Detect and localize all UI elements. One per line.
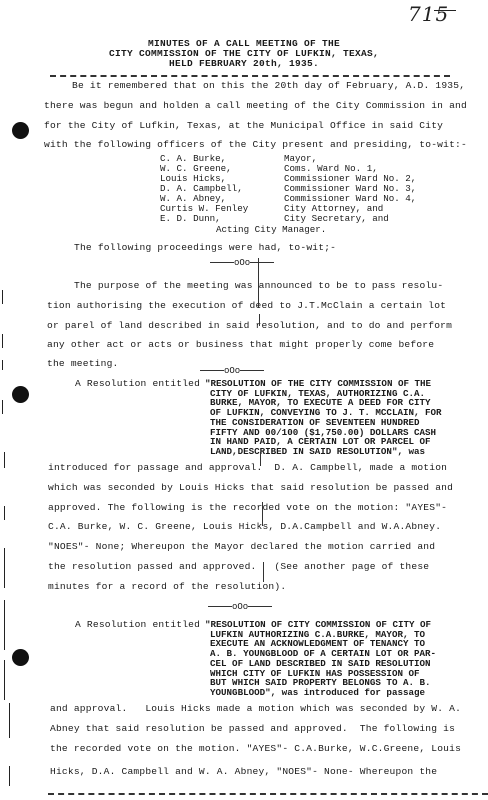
proceedings-heading: The following proceedings were had, to-w… xyxy=(74,242,336,253)
punch-hole-icon xyxy=(12,122,29,139)
separator-ornament: oOo xyxy=(200,366,264,376)
resolution-1-body-line: the resolution passed and approved. (See… xyxy=(48,561,429,572)
intro-line-4: with the following officers of the City … xyxy=(44,139,467,150)
fold-crease xyxy=(260,452,261,466)
title-line-3: HELD FEBRUARY 20th, 1935. xyxy=(0,59,488,69)
resolution-1-body-line: introduced for passage and approval. D. … xyxy=(48,462,447,473)
resolution-2-title: "RESOLUTION OF CITY COMMISSION OF CITY O… xyxy=(205,620,436,698)
intro-line-2: there was begun and holden a call meetin… xyxy=(44,100,467,111)
margin-mark xyxy=(9,703,10,738)
fold-crease xyxy=(262,502,263,526)
resolution-2-body-line: and approval. Louis Hicks made a motion … xyxy=(50,703,461,714)
fold-crease xyxy=(263,562,264,582)
officer-title: City Secretary, and xyxy=(284,214,389,224)
officer-row: E. D. Dunn,City Secretary, and xyxy=(160,214,416,224)
officer-name: E. D. Dunn, xyxy=(160,214,284,224)
intro-line-1: Be it remembered that on this the 20th d… xyxy=(72,80,465,91)
margin-mark xyxy=(4,548,5,588)
officers-list: C. A. Burke,Mayor, W. C. Greene,Coms. Wa… xyxy=(160,154,416,224)
resolution-1-lead: A Resolution entitled xyxy=(75,378,200,389)
fold-crease xyxy=(259,314,260,326)
purpose-line-4: any other act or acts or business that m… xyxy=(47,339,434,350)
purpose-line-5: the meeting. xyxy=(47,358,119,369)
punch-hole-icon xyxy=(12,649,29,666)
resolution-1-body-line: which was seconded by Louis Hicks that s… xyxy=(48,482,453,493)
resolution-1-body-line: minutes for a record of the resolution). xyxy=(48,581,286,592)
margin-mark xyxy=(2,290,3,304)
separator-ornament: oOo xyxy=(210,258,274,268)
purpose-line-3: or parel of land described in said resol… xyxy=(47,320,452,331)
page-number: 715 xyxy=(408,2,449,26)
purpose-line-2: tion authorising the execution of deed t… xyxy=(47,300,446,311)
resolution-2-body-line: Hicks, D.A. Campbell and W. A. Abney, "N… xyxy=(50,766,437,777)
fold-crease xyxy=(258,258,259,308)
resolution-1-title: "RESOLUTION OF THE CITY COMMISSION OF TH… xyxy=(205,379,442,457)
resolution-2-lead: A Resolution entitled xyxy=(75,619,200,630)
margin-mark xyxy=(2,334,3,348)
margin-mark xyxy=(2,360,3,370)
officers-continuation: Acting City Manager. xyxy=(216,224,326,235)
punch-hole-icon xyxy=(12,386,29,403)
resolution-1-body-line: "NOES"- None; Whereupon the Mayor declar… xyxy=(48,541,435,552)
document-title: MINUTES OF A CALL MEETING OF THE CITY CO… xyxy=(0,39,488,69)
resolution-2-body-line: Abney that said resolution be passed and… xyxy=(50,723,455,734)
margin-mark xyxy=(4,660,5,700)
bottom-cut-off-line xyxy=(48,793,488,795)
separator-ornament: oOo xyxy=(208,602,272,612)
title-divider xyxy=(50,75,450,77)
margin-mark xyxy=(4,600,5,650)
resolution-2-body-line: the recorded vote on the motion. "AYES"-… xyxy=(50,743,461,754)
margin-mark xyxy=(4,452,5,468)
resolution-1-body-line: C.A. Burke, W. C. Greene, Louis Hicks, D… xyxy=(48,521,441,532)
intro-line-3: for the City of Lufkin, Texas, at the Mu… xyxy=(44,120,443,131)
margin-mark xyxy=(2,400,3,414)
resolution-1-body-line: approved. The following is the recorded … xyxy=(48,502,447,513)
margin-mark xyxy=(4,506,5,520)
margin-mark xyxy=(9,766,10,786)
